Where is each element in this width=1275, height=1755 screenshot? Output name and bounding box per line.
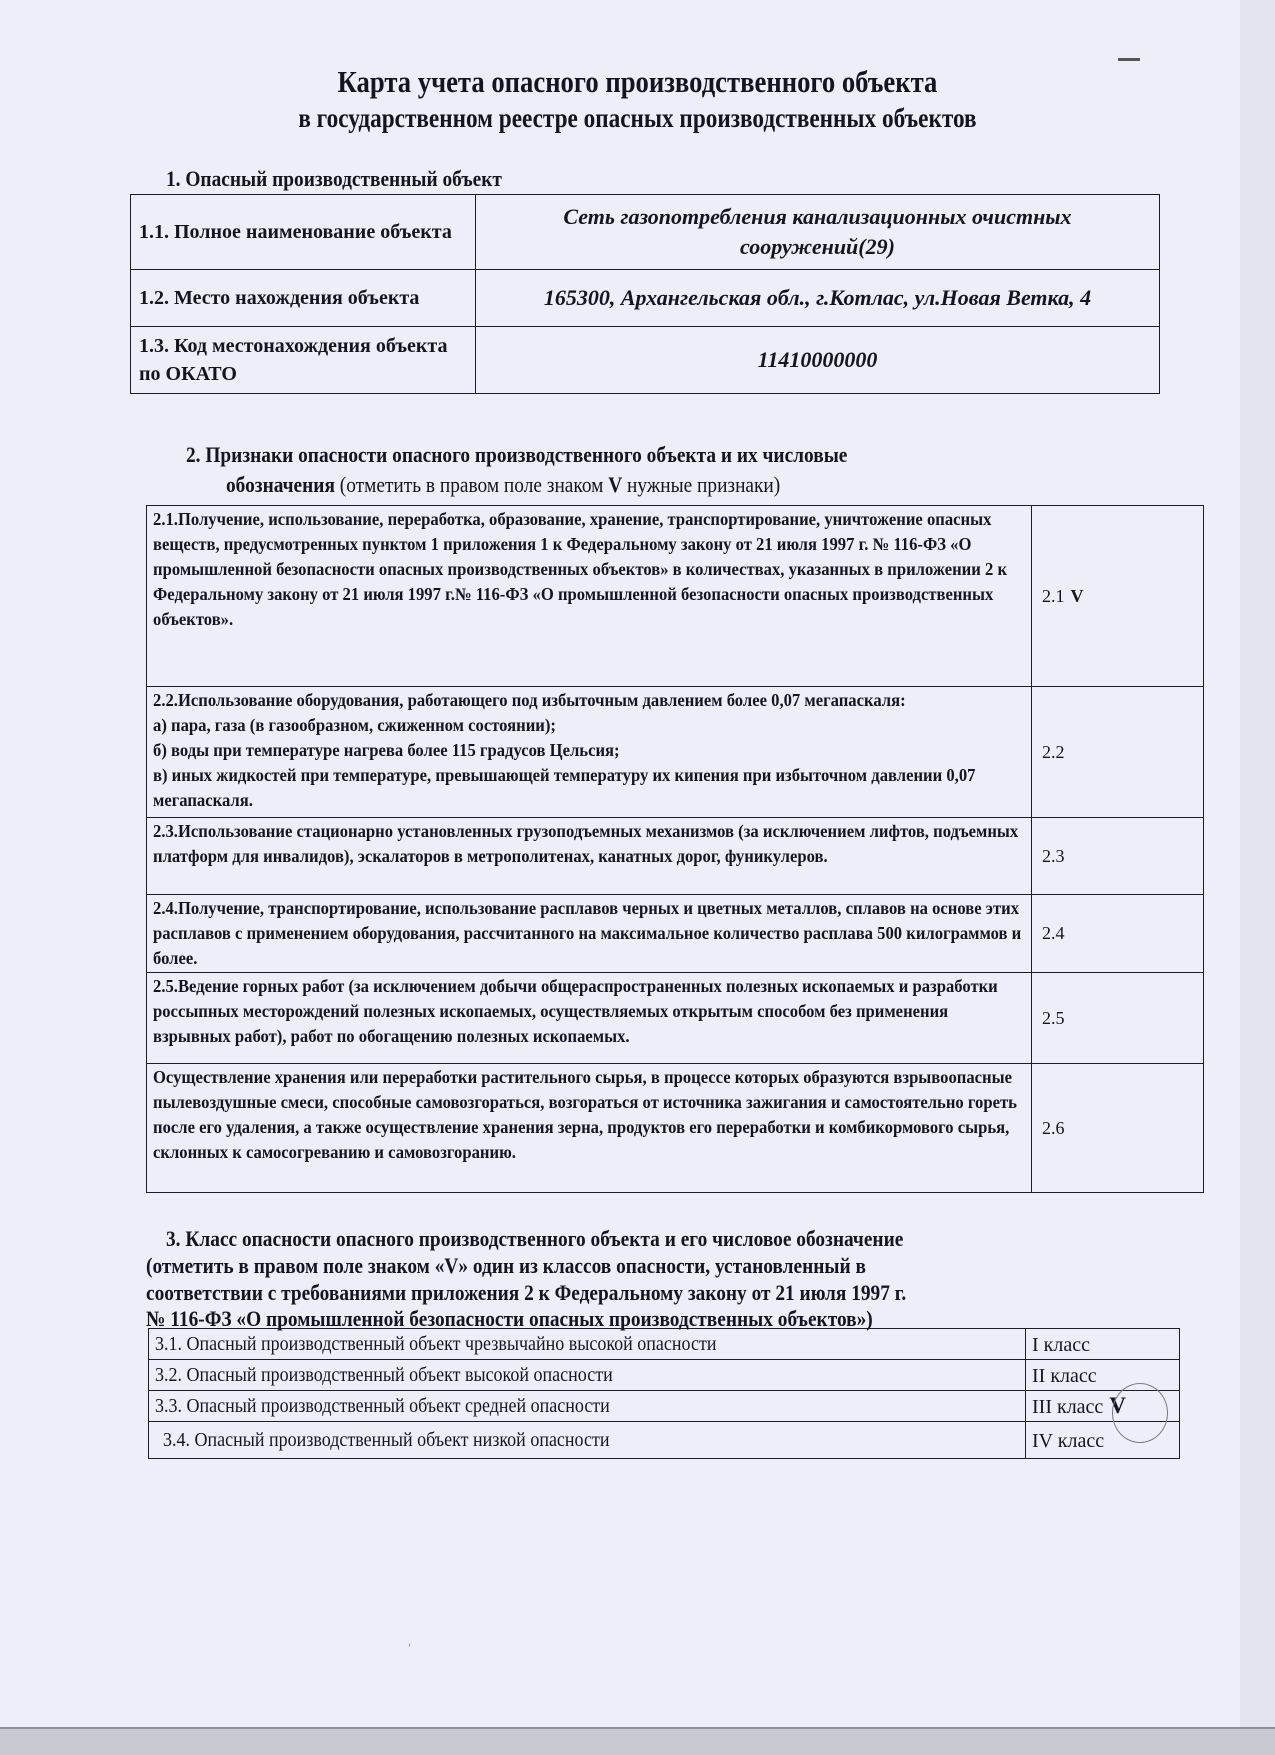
hazard-sign-code: 2.6 xyxy=(1042,1118,1065,1138)
description-text: 2.4.Получение, транспортирование, исполь… xyxy=(153,896,1023,971)
section2-note-post: нужные признаки) xyxy=(622,472,780,497)
hazard-sign-description: 2.1.Получение, использование, переработк… xyxy=(147,506,1032,687)
description-text: Осуществление хранения или переработки р… xyxy=(153,1065,1023,1165)
section2-heading-bold: обозначения xyxy=(226,472,335,497)
section3-heading-line2: (отметить в правом поле знаком «V» один … xyxy=(146,1253,866,1279)
section3-heading: 3. Класс опасности опасного производстве… xyxy=(166,1226,903,1252)
description-text: 3.3. Опасный производственный объект сре… xyxy=(155,1393,610,1419)
field-label: 1.3. Код местонахождения объекта по ОКАТ… xyxy=(131,327,476,394)
hazard-sign-code: 2.4 xyxy=(1042,923,1065,943)
hazard-class-label: IV класс xyxy=(1032,1430,1104,1452)
hazard-signs-table: 2.1.Получение, использование, переработк… xyxy=(146,505,1204,1193)
document-title: Карта учета опасного производственного о… xyxy=(89,64,1186,100)
hazard-class-checkbox-cell[interactable]: I класс xyxy=(1026,1329,1180,1360)
table-row: 3.2. Опасный производственный объект выс… xyxy=(149,1360,1180,1391)
table-row: 3.4. Опасный производственный объект низ… xyxy=(149,1422,1180,1459)
hazard-sign-description: 2.2.Использование оборудования, работающ… xyxy=(147,687,1032,818)
hand-drawn-circle-mark xyxy=(1112,1383,1168,1443)
hazard-sign-code: 2.5 xyxy=(1042,1008,1065,1028)
hazard-sign-code: 2.3 xyxy=(1042,846,1065,866)
hazard-sign-code: 2.1 xyxy=(1042,586,1065,606)
hazard-sign-description: 2.5.Ведение горных работ (за исключением… xyxy=(147,973,1032,1064)
table-row: 1.2. Место нахождения объекта 165300, Ар… xyxy=(131,270,1160,327)
hazard-sign-description: 2.3.Использование стационарно установлен… xyxy=(147,818,1032,895)
check-mark: V xyxy=(1071,586,1084,606)
table-row: 2.2.Использование оборудования, работающ… xyxy=(147,687,1204,818)
description-text: 3.2. Опасный производственный объект выс… xyxy=(155,1362,613,1388)
table-row: 1.1. Полное наименование объекта Сеть га… xyxy=(131,195,1160,270)
hazard-class-checkbox-cell[interactable]: II класс xyxy=(1026,1360,1180,1391)
pen-mark: ʹ xyxy=(408,1642,418,1658)
hazard-sign-checkbox-cell[interactable]: 2.2 xyxy=(1032,687,1204,818)
section3-heading-line3: соответствии с требованиями приложения 2… xyxy=(146,1280,906,1306)
object-location-value: 165300, Архангельская обл., г.Котлас, ул… xyxy=(476,270,1160,327)
table-row: 3.3. Опасный производственный объект сре… xyxy=(149,1391,1180,1422)
hazard-class-label: III класс xyxy=(1032,1396,1103,1418)
hazard-sign-description: Осуществление хранения или переработки р… xyxy=(147,1064,1032,1193)
object-name-value: Сеть газопотребления канализационных очи… xyxy=(476,195,1160,270)
description-text: 2.1.Получение, использование, переработк… xyxy=(153,507,1023,632)
page-edge-strip xyxy=(1240,0,1275,1727)
hazard-sign-checkbox-cell[interactable]: 2.3 xyxy=(1032,818,1204,895)
section2-note-pre: (отметить в правом поле знаком xyxy=(335,472,608,497)
table-row: 2.5.Ведение горных работ (за исключением… xyxy=(147,973,1204,1064)
hazard-sign-checkbox-cell[interactable]: 2.4 xyxy=(1032,895,1204,973)
description-text: 2.5.Ведение горных работ (за исключением… xyxy=(153,974,1023,1049)
table-row: 3.1. Опасный производственный объект чре… xyxy=(149,1329,1180,1360)
table-row: 2.4.Получение, транспортирование, исполь… xyxy=(147,895,1204,973)
hazard-class-description: 3.4. Опасный производственный объект низ… xyxy=(149,1422,1026,1459)
description-text: 3.4. Опасный производственный объект низ… xyxy=(163,1427,609,1453)
document-subtitle: в государственном реестре опасных произв… xyxy=(89,103,1186,134)
hazard-class-label: I класс xyxy=(1032,1334,1090,1356)
hazard-class-description: 3.2. Опасный производственный объект выс… xyxy=(149,1360,1026,1391)
hazard-sign-description: 2.4.Получение, транспортирование, исполь… xyxy=(147,895,1032,973)
table-row: Осуществление хранения или переработки р… xyxy=(147,1064,1204,1193)
table-row: 2.1.Получение, использование, переработк… xyxy=(147,506,1204,687)
description-text: 2.3.Использование стационарно установлен… xyxy=(153,819,1023,869)
hazard-sign-checkbox-cell[interactable]: 2.5 xyxy=(1032,973,1204,1064)
hazard-class-label: II класс xyxy=(1032,1365,1097,1387)
hazard-class-description: 3.3. Опасный производственный объект сре… xyxy=(149,1391,1026,1422)
hazard-sign-code: 2.2 xyxy=(1042,742,1065,762)
hazard-class-table: 3.1. Опасный производственный объект чре… xyxy=(148,1328,1180,1459)
table-row: 1.3. Код местонахождения объекта по ОКАТ… xyxy=(131,327,1160,394)
field-label: 1.1. Полное наименование объекта xyxy=(131,195,476,270)
hazard-class-description: 3.1. Опасный производственный объект чре… xyxy=(149,1329,1026,1360)
hazard-sign-checkbox-cell[interactable]: 2.1V xyxy=(1032,506,1204,687)
scanner-bottom-band xyxy=(0,1727,1275,1755)
description-text: 3.1. Опасный производственный объект чре… xyxy=(155,1331,716,1357)
section1-heading: 1. Опасный производственный объект xyxy=(166,166,502,192)
check-mark-symbol: V xyxy=(608,472,622,497)
section2-heading: 2. Признаки опасности опасного производс… xyxy=(186,442,847,468)
description-text: 2.2.Использование оборудования, работающ… xyxy=(153,688,1023,813)
table-row: 2.3.Использование стационарно установлен… xyxy=(147,818,1204,895)
dash-mark xyxy=(1118,58,1140,61)
hazard-sign-checkbox-cell[interactable]: 2.6 xyxy=(1032,1064,1204,1193)
field-label: 1.2. Место нахождения объекта xyxy=(131,270,476,327)
object-table: 1.1. Полное наименование объекта Сеть га… xyxy=(130,194,1160,394)
section2-heading-line2: обозначения (отметить в правом поле знак… xyxy=(226,472,780,498)
okato-code-value: 11410000000 xyxy=(476,327,1160,394)
